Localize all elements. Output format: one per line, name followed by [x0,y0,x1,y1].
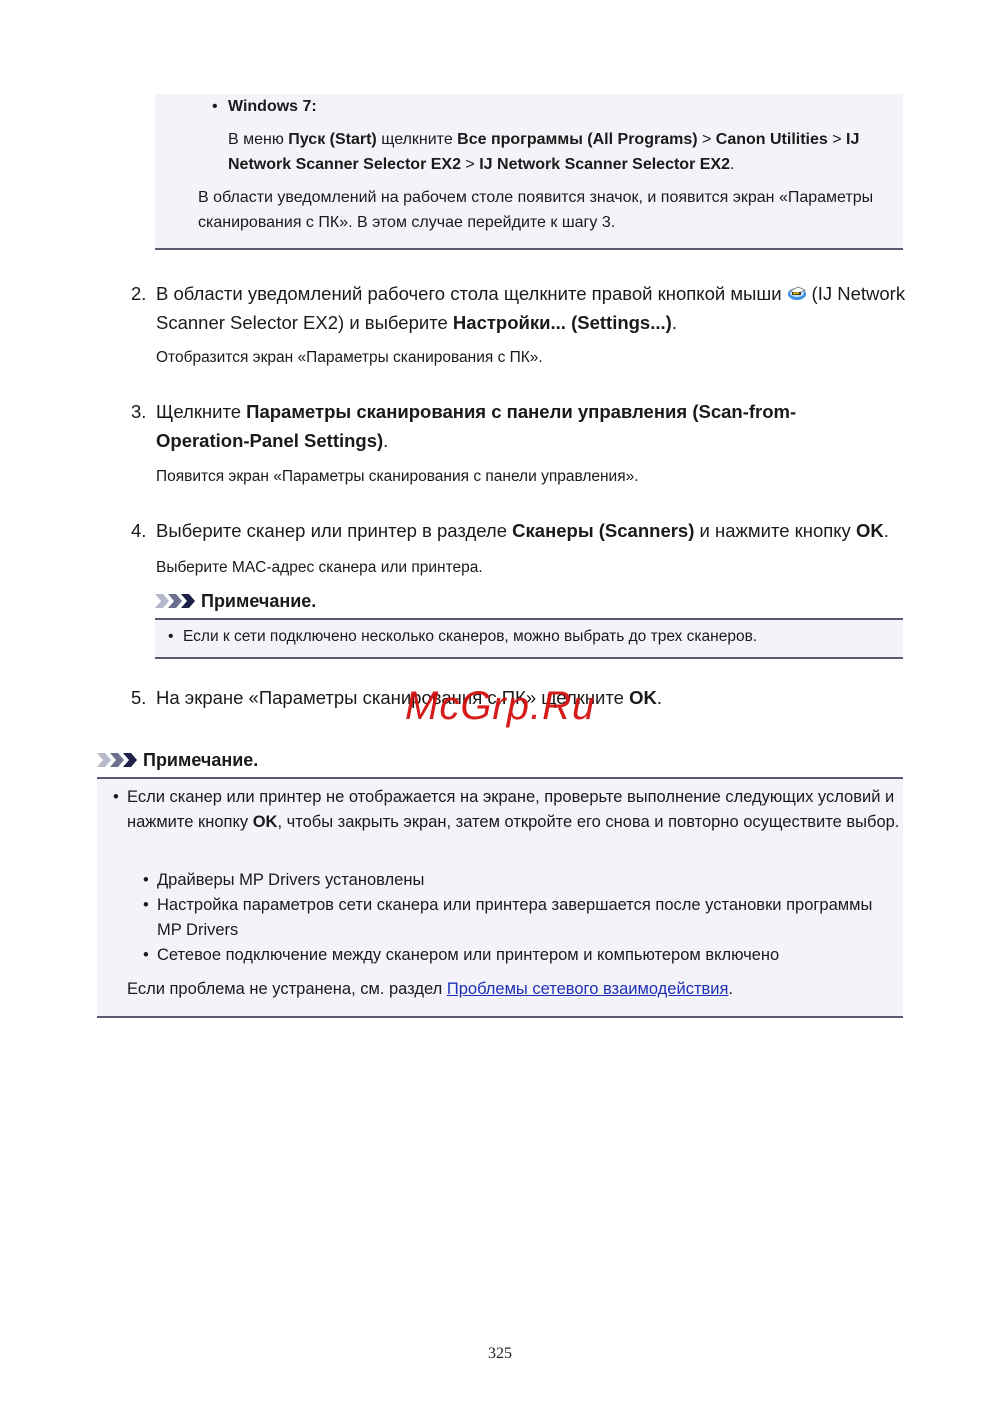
bullet-dot: • [143,943,149,968]
bullet-dot: • [168,628,173,646]
text: и нажмите кнопку [694,520,856,541]
text: Если к сети подключено несколько сканеро… [183,628,757,645]
condition-item: • Настройка параметров сети сканера или … [157,893,897,943]
text: Драйверы MP Drivers установлены [157,871,424,889]
step-number: 3. [131,397,153,426]
note-title: Примечание. [143,750,258,770]
ok-label: OK [856,520,884,541]
note-2-footer: Если проблема не устранена, см. раздел П… [127,977,902,1002]
step-text: Выберите сканер или принтер в разделе Ск… [156,516,916,545]
ok-label: OK [629,687,657,708]
step-4-result: Выберите MAC-адрес сканера или принтера. [156,557,483,579]
text: щелкните [377,131,457,148]
scan-panel-settings-label: Параметры сканирования с панели управлен… [156,401,796,451]
settings-menu-label: Настройки... (Settings...) [453,312,672,333]
page-number: 325 [0,1345,1000,1363]
separator: > [828,131,846,148]
bullet-dot: • [143,868,149,893]
step-number: 4. [131,516,153,545]
text: Сетевое подключение между сканером или п… [157,946,779,964]
canon-utilities-label: Canon Utilities [716,131,828,148]
text: Выберите сканер или принтер в разделе [156,520,512,541]
separator: > [698,131,716,148]
text: Настройка параметров сети сканера или пр… [157,896,872,939]
text: . [730,156,734,173]
windows7-info-box: • Windows 7: В меню Пуск (Start) щелкнит… [155,94,903,250]
text: Щелкните [156,401,246,422]
separator: > [461,156,479,173]
ok-label: OK [253,813,278,831]
condition-item: • Сетевое подключение между сканером или… [157,943,897,968]
text: . [884,520,889,541]
note-1-header: Примечание. [155,591,316,614]
text: В области уведомлений рабочего стола щел… [156,283,782,304]
all-programs-label: Все программы (All Programs) [457,131,697,148]
text: . [672,312,677,333]
condition-item: • Драйверы MP Drivers установлены [157,868,897,893]
text: . [383,430,388,451]
bullet-dot: • [113,785,119,810]
note-chevrons-icon [155,593,197,614]
note-title: Примечание. [201,591,316,611]
step-2-result: Отобразится экран «Параметры сканировани… [156,347,543,369]
step-number: 2. [131,279,153,308]
note-1-box: • Если к сети подключено несколько скане… [155,618,903,659]
text: , чтобы закрыть экран, затем откройте ег… [277,813,899,831]
windows7-label: Windows 7: [228,98,317,116]
notification-area-text: В области уведомлений на рабочем столе п… [198,186,898,235]
bullet-dot: • [212,98,218,116]
watermark: McGrp.Ru [405,684,595,729]
scanners-section-label: Сканеры (Scanners) [512,520,694,541]
selector-app-label: IJ Network Scanner Selector EX2 [479,156,730,173]
text: Если проблема не устранена, см. раздел [127,980,447,998]
text: . [657,687,662,708]
bullet-dot: • [143,893,149,918]
step-text: Щелкните Параметры сканирования с панели… [156,397,836,455]
note-2-box: • Если сканер или принтер не отображаетс… [97,777,903,1018]
step-3-result: Появится экран «Параметры сканирования с… [156,466,639,488]
step-number: 5. [131,683,153,712]
step-text: В области уведомлений рабочего стола щел… [156,279,916,337]
windows7-instructions: В меню Пуск (Start) щелкните Все програм… [228,128,898,177]
note-1-item: • Если к сети подключено несколько скане… [183,628,757,646]
text: . [728,980,733,998]
note-chevrons-icon [97,752,139,773]
text: В меню [228,131,288,148]
network-problems-link[interactable]: Проблемы сетевого взаимодействия [447,980,729,998]
note-2-item: • Если сканер или принтер не отображаетс… [127,785,902,834]
scanner-selector-tray-icon [786,281,808,301]
start-menu-label: Пуск (Start) [288,131,376,148]
note-2-header: Примечание. [97,750,258,773]
